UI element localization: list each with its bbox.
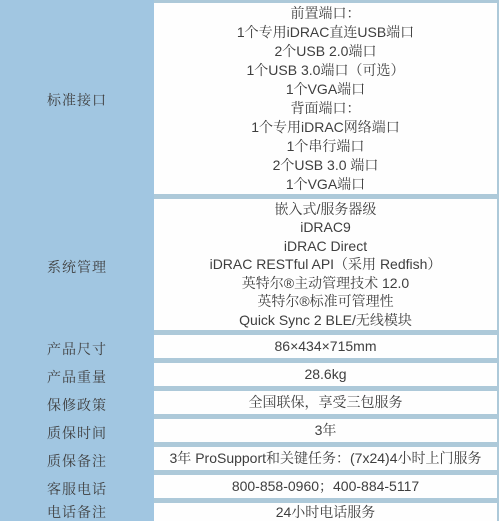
spec-value-standard-interfaces: 前置端口： 1个专用iDRAC直连USB端口 2个USB 2.0端口 1个USB… bbox=[154, 3, 497, 194]
spec-row-warranty-period: 质保时间 3年 bbox=[0, 419, 499, 447]
spec-value-system-management: 嵌入式/服务器级 iDRAC9 iDRAC Direct iDRAC RESTf… bbox=[154, 199, 497, 330]
spec-value-wrap: 嵌入式/服务器级 iDRAC9 iDRAC Direct iDRAC RESTf… bbox=[154, 199, 499, 335]
spec-row-service-phone: 客服电话 800-858-0960；400-884-5117 bbox=[0, 475, 499, 503]
spec-label-product-dimensions: 产品尺寸 bbox=[0, 335, 154, 363]
spec-value-wrap: 28.6kg bbox=[154, 363, 499, 391]
spec-value-wrap: 86×434×715mm bbox=[154, 335, 499, 363]
spec-row-warranty-policy: 保修政策 全国联保，享受三包服务 bbox=[0, 391, 499, 419]
spec-value-wrap: 800-858-0960；400-884-5117 bbox=[154, 475, 499, 503]
spec-label-service-phone: 客服电话 bbox=[0, 475, 154, 503]
spec-label-phone-notes: 电话备注 bbox=[0, 503, 154, 521]
spec-row-system-management: 系统管理 嵌入式/服务器级 iDRAC9 iDRAC Direct iDRAC … bbox=[0, 199, 499, 335]
product-spec-table: 标准接口 前置端口： 1个专用iDRAC直连USB端口 2个USB 2.0端口 … bbox=[0, 0, 499, 521]
spec-row-phone-notes: 电话备注 24小时电话服务 bbox=[0, 503, 499, 521]
spec-row-standard-interfaces: 标准接口 前置端口： 1个专用iDRAC直连USB端口 2个USB 2.0端口 … bbox=[0, 0, 499, 199]
spec-value-product-dimensions: 86×434×715mm bbox=[154, 335, 497, 358]
spec-value-wrap: 全国联保，享受三包服务 bbox=[154, 391, 499, 419]
spec-label-product-weight: 产品重量 bbox=[0, 363, 154, 391]
spec-value-wrap: 3年 bbox=[154, 419, 499, 447]
spec-row-warranty-notes: 质保备注 3年 ProSupport和关键任务：(7x24)4小时上门服务 bbox=[0, 447, 499, 475]
spec-value-phone-notes: 24小时电话服务 bbox=[154, 503, 497, 521]
spec-value-warranty-policy: 全国联保，享受三包服务 bbox=[154, 391, 497, 414]
spec-value-warranty-notes: 3年 ProSupport和关键任务：(7x24)4小时上门服务 bbox=[154, 447, 497, 470]
spec-value-wrap: 前置端口： 1个专用iDRAC直连USB端口 2个USB 2.0端口 1个USB… bbox=[154, 0, 499, 199]
spec-label-warranty-policy: 保修政策 bbox=[0, 391, 154, 419]
spec-label-warranty-period: 质保时间 bbox=[0, 419, 154, 447]
spec-value-wrap: 3年 ProSupport和关键任务：(7x24)4小时上门服务 bbox=[154, 447, 499, 475]
spec-label-system-management: 系统管理 bbox=[0, 199, 154, 335]
spec-value-warranty-period: 3年 bbox=[154, 419, 497, 442]
spec-value-product-weight: 28.6kg bbox=[154, 363, 497, 386]
spec-label-warranty-notes: 质保备注 bbox=[0, 447, 154, 475]
spec-value-service-phone: 800-858-0960；400-884-5117 bbox=[154, 475, 497, 498]
spec-row-product-dimensions: 产品尺寸 86×434×715mm bbox=[0, 335, 499, 363]
spec-label-standard-interfaces: 标准接口 bbox=[0, 0, 154, 199]
spec-row-product-weight: 产品重量 28.6kg bbox=[0, 363, 499, 391]
spec-value-wrap: 24小时电话服务 bbox=[154, 503, 499, 521]
